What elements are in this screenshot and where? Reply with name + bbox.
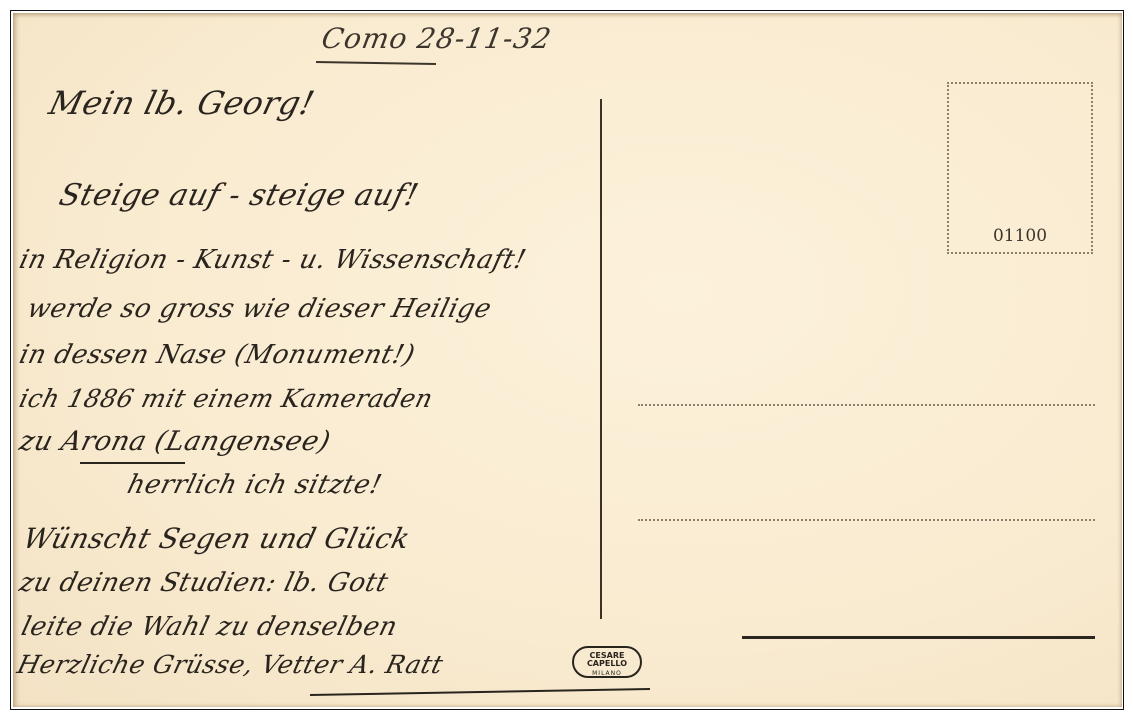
message-line: Wünscht Segen und Glück (20, 522, 414, 555)
message-line: leite die Wahl zu denselben (18, 612, 400, 642)
message-line: werde so gross wie dieser Heilige (24, 294, 494, 324)
arona-underline (80, 462, 185, 464)
message-line: Steige auf - steige auf! (56, 178, 422, 213)
address-line-1 (638, 404, 1095, 406)
address-line-3 (742, 636, 1095, 639)
greeting-line: Mein lb. Georg! (45, 84, 318, 122)
address-line-2 (638, 519, 1095, 521)
date-line: Como 28-11-32 (319, 22, 554, 55)
message-line: ich 1886 mit einem Kameraden (16, 384, 436, 413)
message-line: zu deinen Studien: lb. Gott (16, 568, 391, 598)
message-line: herrlich ich sitzte! (124, 470, 385, 500)
center-divider (600, 99, 602, 619)
publisher-name: CESARE CAPELLO (574, 652, 640, 668)
message-line: zu Arona (Langensee) (16, 426, 334, 457)
message-line: in Religion - Kunst - u. Wissenschaft! (16, 245, 529, 275)
stamp-box: 01100 (947, 82, 1093, 254)
message-line: in dessen Nase (Monument!) (16, 340, 418, 370)
publisher-mark: CESARE CAPELLO MILANO (572, 646, 642, 678)
signature-line: Herzliche Grüsse, Vetter A. Ratt (14, 650, 446, 679)
stamp-number: 01100 (949, 226, 1091, 246)
publisher-city: MILANO (574, 671, 640, 677)
